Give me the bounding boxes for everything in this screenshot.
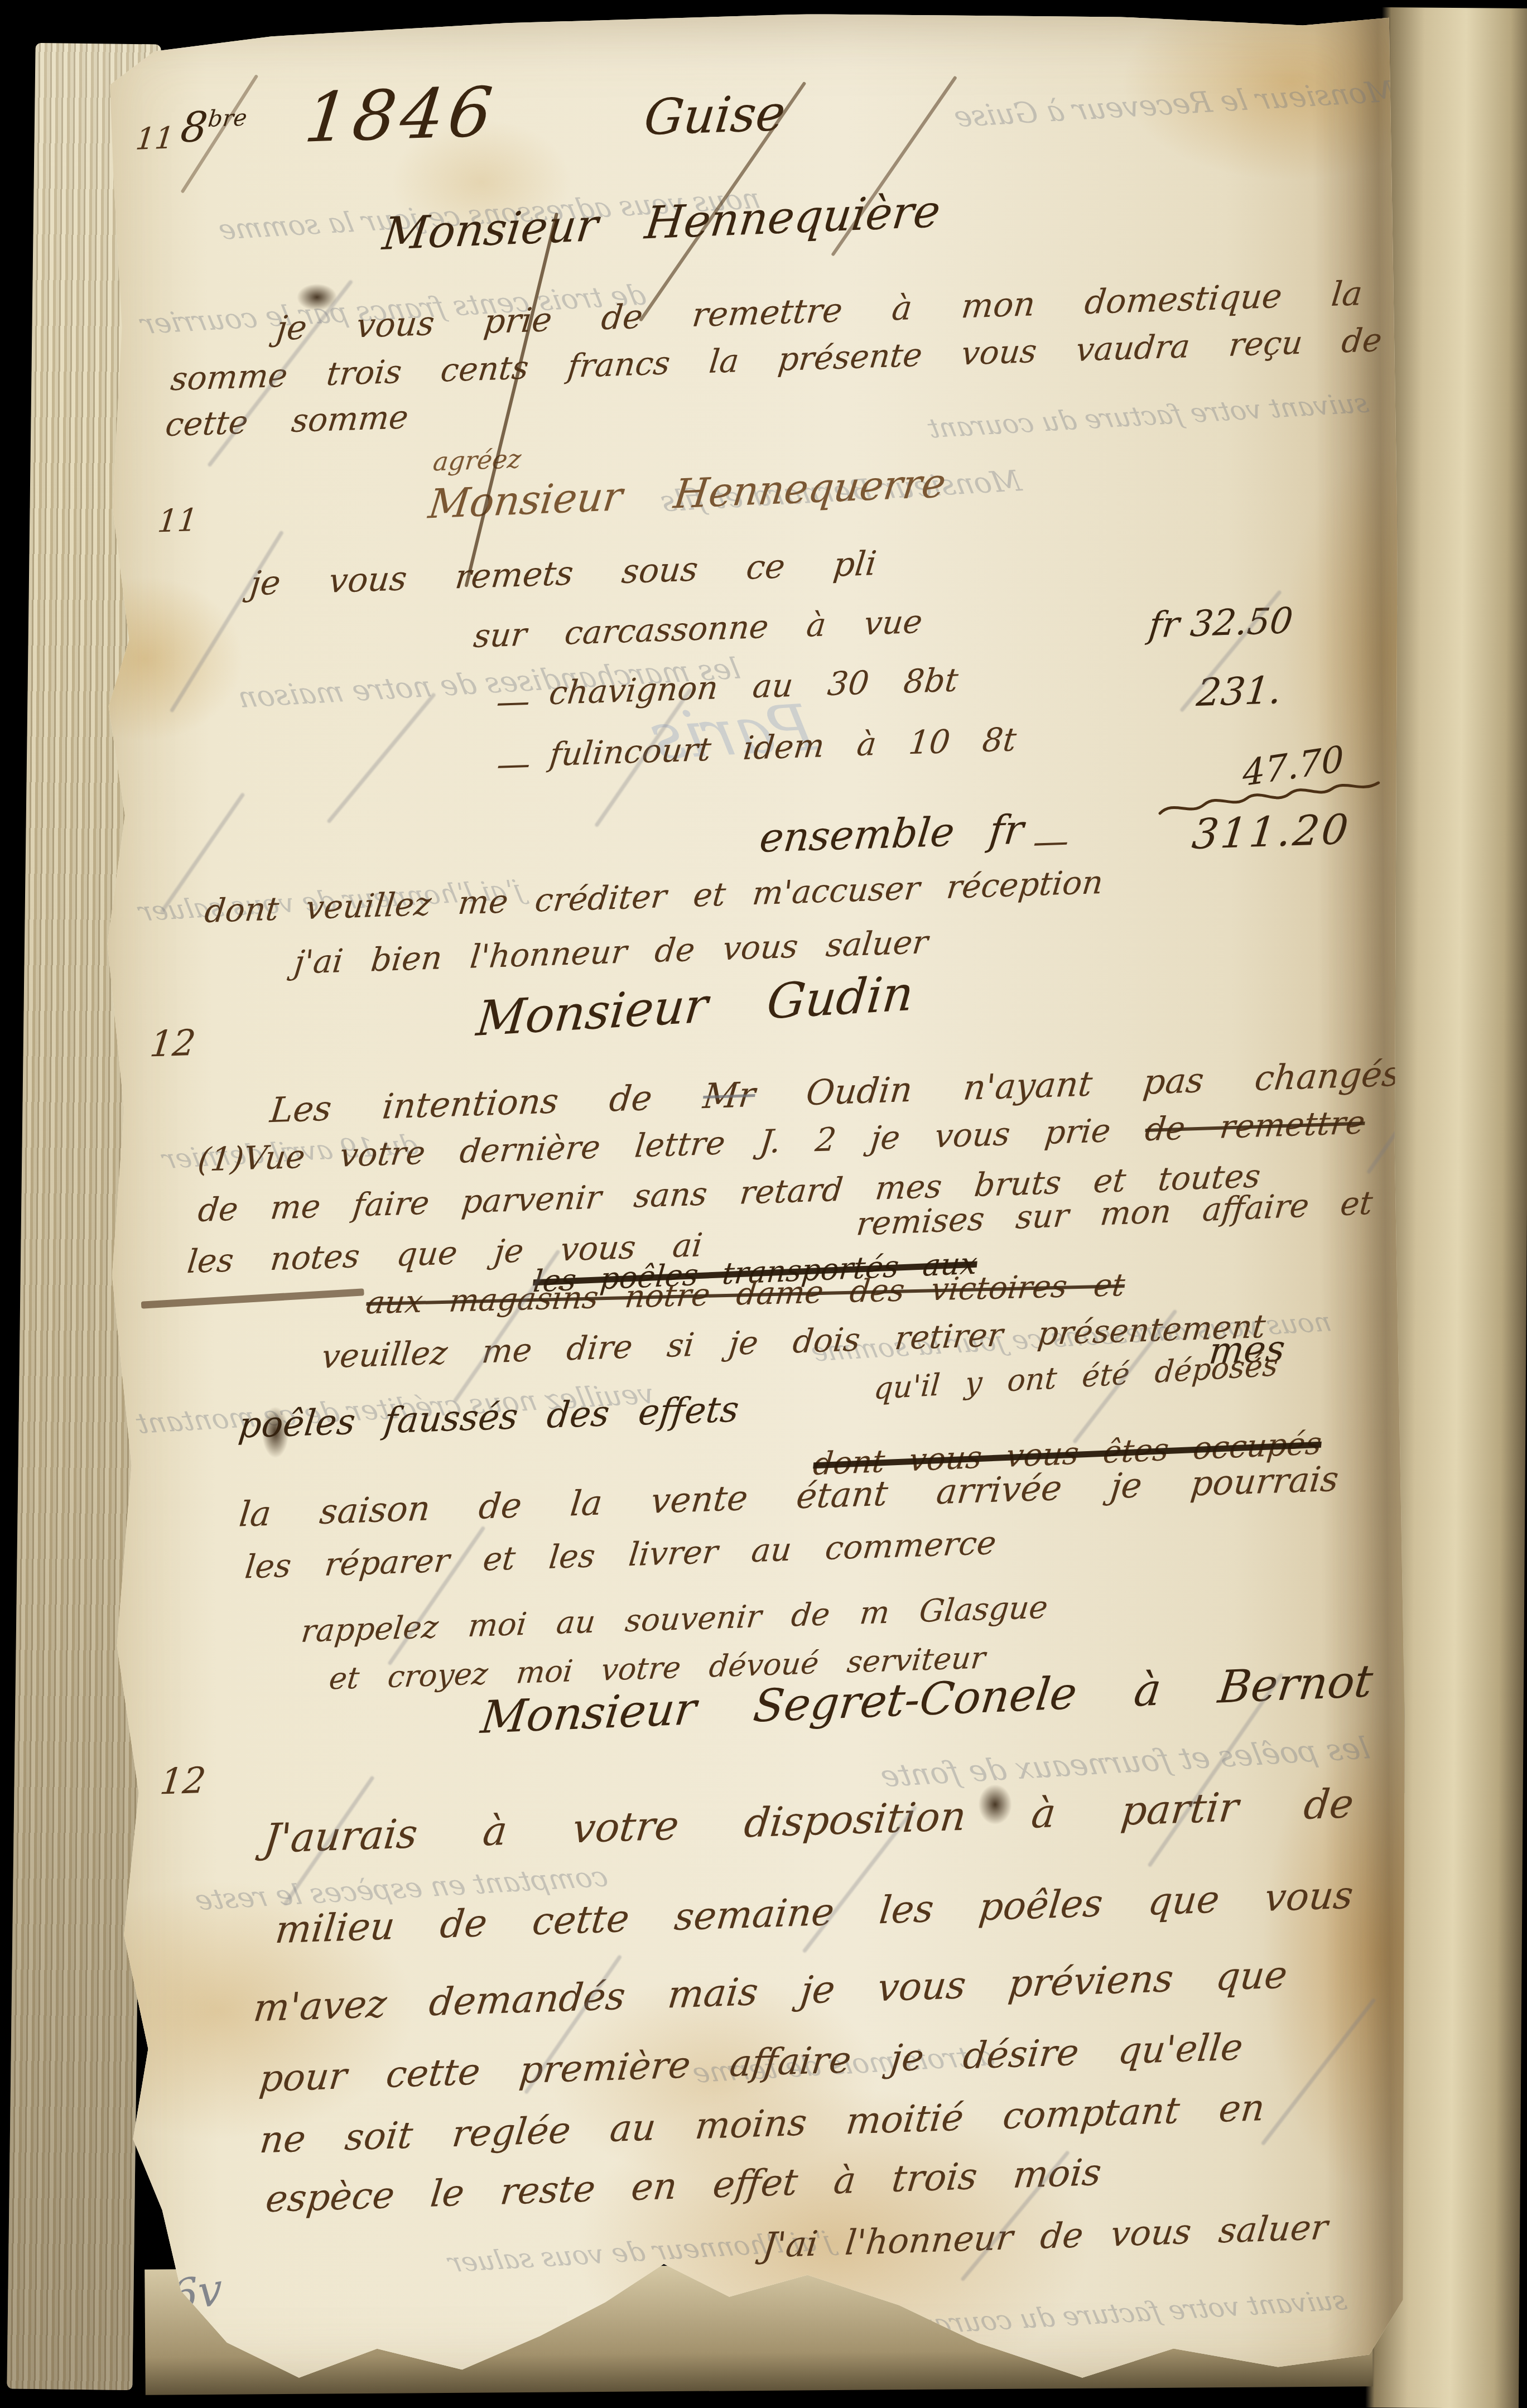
manuscript-scan: Monsieur le Receveur à Guise nous vous a… [0,0,1527,2408]
bleed-through-line: suivant votre facture du courant [904,2287,1349,2339]
letter2-item1-desc: sur carcassonne à vue [472,605,924,652]
letter2-total-label: ensemble fr [758,809,1025,858]
pencil-stroke [452,1249,560,1403]
manuscript-page: Monsieur le Receveur à Guise nous vous a… [89,11,1409,2391]
letter3-line10: rappelez moi au souvenir de m Glasgue [300,1592,1049,1647]
letter2-item3-desc: fulincourt idem à 10 8t [548,723,1018,770]
pencil-stroke [326,692,436,823]
ink-blot [978,1784,1011,1824]
ink-stroke [464,213,558,587]
letter2-item2-dash: — [495,685,532,719]
ink-blot [297,283,337,310]
letter2-margin-number: 11 [156,505,199,538]
letter3-line9: les réparer et les livrer au commerce [243,1526,998,1583]
letter3-heading: Monsieur Gudin [474,970,916,1043]
letter2-item1-amount: fr 32.50 [1147,603,1295,644]
letter4-closing: J'ai l'honneur de vous saluer [761,2210,1329,2263]
ink-blot [262,1407,289,1458]
letter3-line5-struck: aux magasins notre dame des victoires et [364,1270,1126,1319]
letter1-body-line3: cette somme [164,401,410,441]
header-year: 1846 [302,78,500,152]
letter4-line6: espèce le reste en effet à trois mois [264,2154,1103,2218]
letter4-line4: pour cette première affaire je désire qu… [258,2029,1245,2097]
letter4-line5: ne soit reglée au moins moitié comptant … [258,2089,1266,2159]
letter3-line8: la saison de la vente étant arrivée je p… [238,1462,1341,1532]
letter2-item3-dash: — [495,747,532,782]
letter2-total-dash: — [1031,823,1071,860]
header-day: 11 [134,123,176,154]
letter3-margin-number: 12 [148,1025,197,1063]
header-place: Guise [642,89,788,143]
ink-scribble [141,1288,364,1308]
bleed-through-line: suivant votre facture du courant [926,390,1371,442]
letter2-body-line1: dont veuillez me créditer et m'accuser r… [203,866,1105,927]
letter1-closing: agréez [432,446,522,474]
letter4-line3: m'avez demandés mais je vous préviens qu… [252,1956,1289,2027]
letter4-line1: J'aurais à votre disposition à partir de [262,1783,1356,1858]
letter2-opening: je vous remets sous ce pli [248,547,878,600]
letter4-margin-number: 12 [158,1763,208,1800]
